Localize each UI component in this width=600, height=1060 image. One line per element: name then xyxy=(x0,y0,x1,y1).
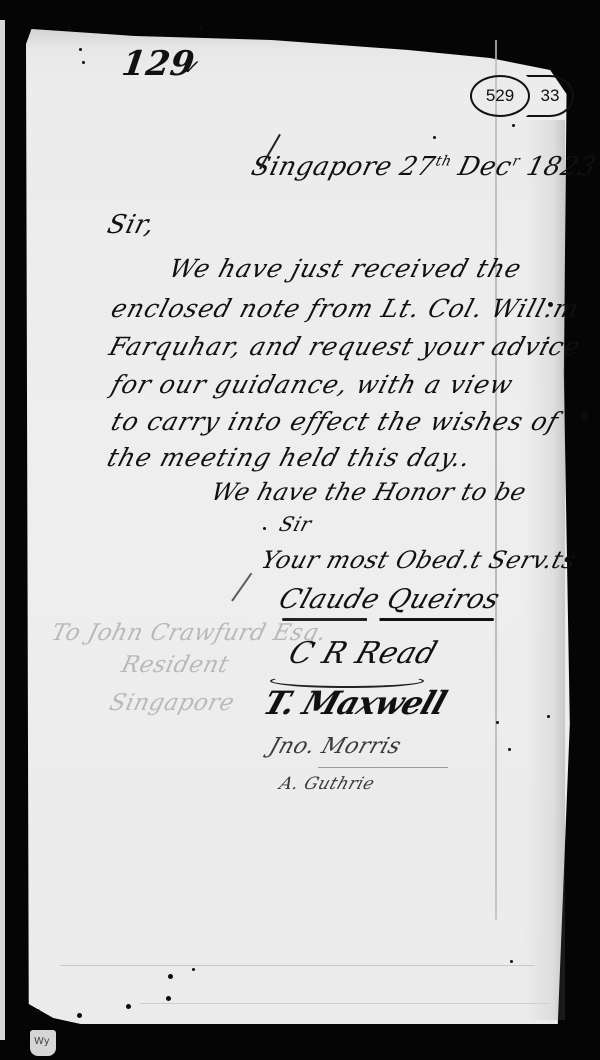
signature: A. Guthrie xyxy=(277,774,378,794)
ink-speck xyxy=(168,974,173,979)
closing-line: Your most Obed.t Serv.ts xyxy=(258,546,580,574)
ink-speck xyxy=(433,136,436,139)
ink-speck xyxy=(79,48,82,51)
body-line: We have just received the xyxy=(166,254,526,283)
signature: T. Maxwell xyxy=(259,684,451,722)
body-line: for our guidance, with a view xyxy=(108,370,517,399)
signature: C R Read xyxy=(284,636,441,671)
adjacent-page-edge xyxy=(0,20,5,1040)
body-line: enclosed note from Lt. Col. Will.m xyxy=(108,294,583,323)
scan-viewer: 129 ✓ 529 33 Singapore 27th Decr 1823 Si… xyxy=(0,0,600,1060)
page-crease-line-2 xyxy=(140,1003,550,1004)
body-line: the meeting held this day.. xyxy=(104,443,475,472)
dateline-day: 27 xyxy=(397,152,439,182)
closing-line: We have the Honor to be xyxy=(208,478,530,506)
ink-speck xyxy=(512,124,515,127)
signature-underline xyxy=(282,618,494,621)
ink-speck xyxy=(199,27,202,30)
ink-speck xyxy=(496,721,499,724)
ink-speck xyxy=(546,341,549,344)
dateline-day-suffix: th xyxy=(434,153,454,169)
body-line: to carry into effect the wishes of xyxy=(108,407,563,436)
ink-speck xyxy=(192,968,195,971)
signature: Jno. Morris xyxy=(266,734,405,759)
ink-speck xyxy=(126,1004,131,1009)
dateline-place: Singapore xyxy=(248,152,395,182)
ink-speck xyxy=(510,960,513,963)
ink-speck xyxy=(82,61,85,64)
archive-number: 529 xyxy=(470,75,530,117)
page-crease-line xyxy=(60,965,535,966)
dateline-year: 1823 xyxy=(523,152,599,182)
body-line: Farquhar, and request your advice xyxy=(106,332,584,361)
archive-subnumber: 33 xyxy=(526,75,574,117)
ink-speck xyxy=(263,527,266,530)
ink-speck xyxy=(166,996,171,1001)
addressee-line: Singapore xyxy=(107,690,238,716)
ink-speck xyxy=(582,411,588,421)
folio-check-mark-icon: ✓ xyxy=(182,55,199,79)
archive-stamp: 529 33 xyxy=(470,76,574,116)
signature: Claude Queiros xyxy=(275,584,504,615)
addressee-line: Resident xyxy=(119,652,232,678)
corner-mark: Wy xyxy=(34,1036,50,1047)
ink-speck xyxy=(35,1009,40,1014)
ink-speck xyxy=(68,25,71,31)
dateline-month: Dec xyxy=(455,152,515,182)
addressee-line: To John Crawfurd Esq. xyxy=(49,620,330,646)
ink-speck xyxy=(77,1013,82,1018)
ink-speck xyxy=(547,715,550,718)
ink-speck xyxy=(548,302,553,307)
dateline: Singapore 27th Decr 1823 xyxy=(248,152,599,182)
signature-underline xyxy=(318,767,448,768)
salutation: Sir, xyxy=(104,210,157,240)
ink-speck xyxy=(508,748,511,751)
